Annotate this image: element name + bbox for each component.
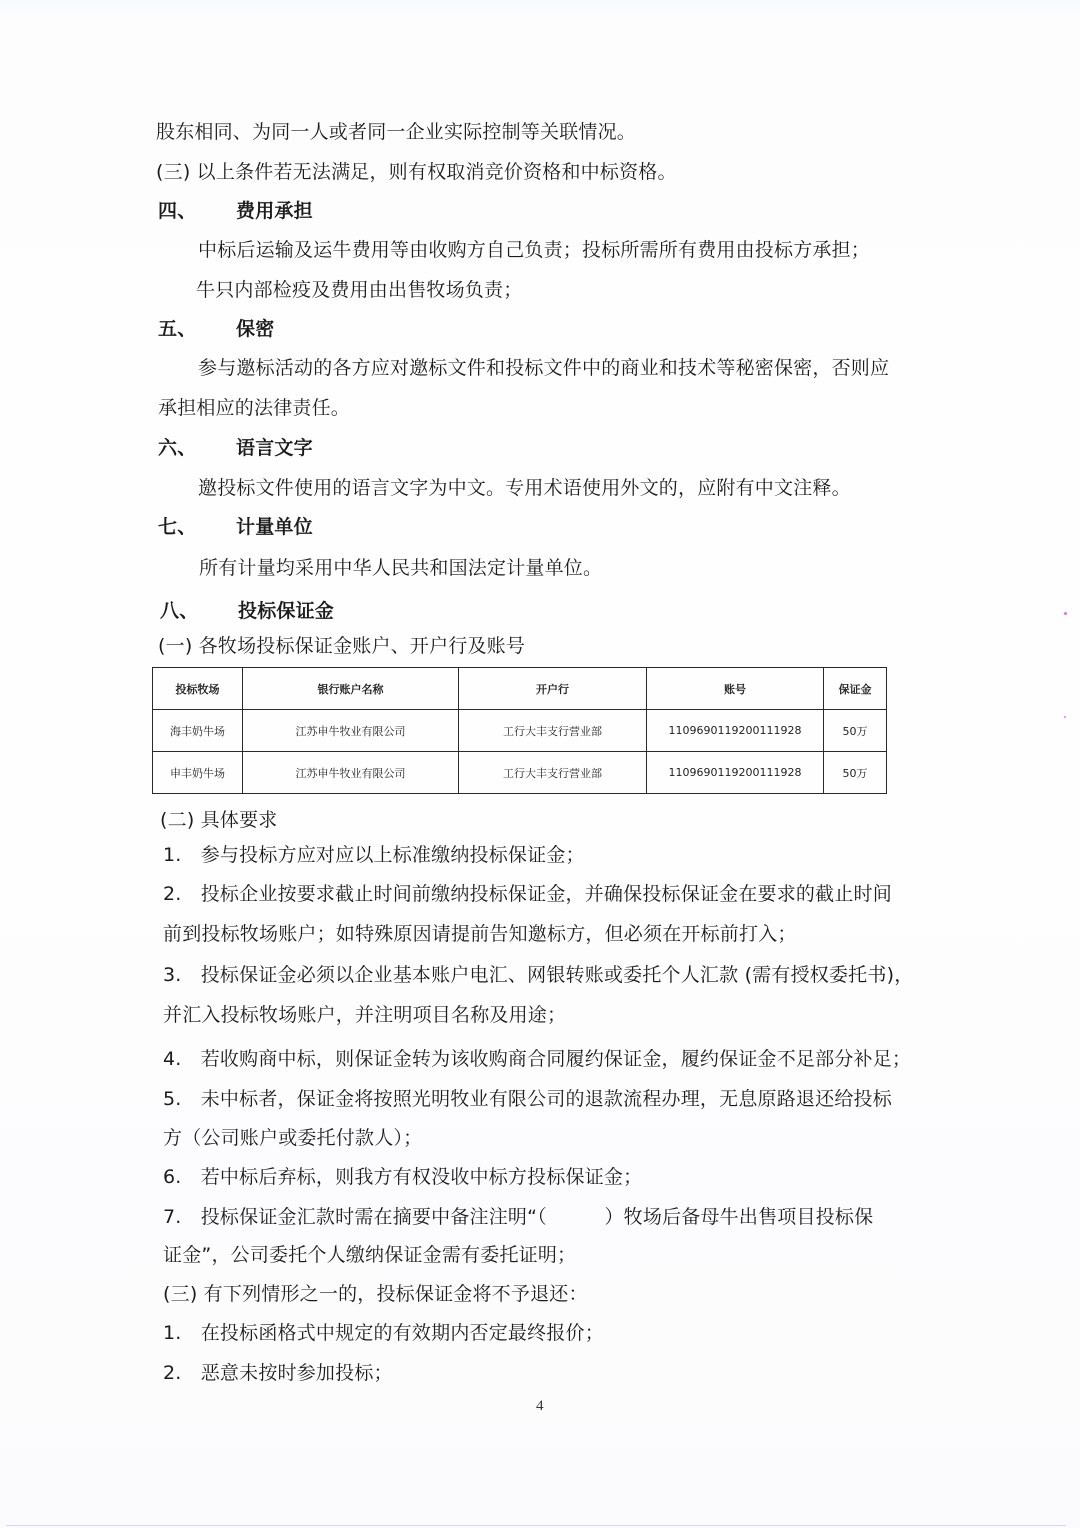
- table-row: 海丰奶牛场 江苏申牛牧业有限公司 工行大丰支行营业部 1109690119200…: [153, 710, 887, 752]
- table-cell: 1109690119200111928: [647, 752, 824, 794]
- section-heading-4: 四、费用承担: [158, 199, 313, 223]
- paragraph-line: 股东相同、为同一人或者同一企业实际控制等关联情况。: [156, 120, 636, 144]
- list-item: 6. 若中标后弃标，则我方有权没收中标方投标保证金；: [163, 1165, 642, 1189]
- table-cell: 50万: [824, 752, 887, 794]
- list-item: 3. 投标保证金必须以企业基本账户电汇、网银转账或委托个人汇款 (需有授权委托书…: [163, 963, 913, 987]
- section-title: 保密: [236, 318, 274, 340]
- list-item: 4. 若收购商中标，则保证金转为该收购商合同履约保证金，履约保证金不足部分补足；: [163, 1047, 911, 1071]
- table-cell: 50万: [824, 710, 887, 752]
- column-header: 投标牧场: [153, 668, 243, 710]
- column-header: 开户行: [459, 668, 647, 710]
- paragraph-line: 承担相应的法律责任。: [158, 396, 350, 420]
- paragraph-line: 邀投标文件使用的语言文字为中文。专用术语使用外文的，应附有中文注释。: [198, 476, 851, 500]
- page-number: 4: [536, 1398, 544, 1415]
- list-item: 2. 恶意未按时参加投标；: [163, 1361, 393, 1385]
- table-cell: 工行大丰支行营业部: [459, 710, 647, 752]
- section-title: 投标保证金: [238, 600, 334, 622]
- list-item: 7. 投标保证金汇款时需在摘要中备注注明“（ ）牧场后备母牛出售项目投标保: [163, 1205, 873, 1229]
- list-item-continuation: 证金”，公司委托个人缴纳保证金需有委托证明；: [163, 1243, 576, 1267]
- table-cell: 江苏申牛牧业有限公司: [243, 710, 459, 752]
- section-number: 五、: [158, 317, 236, 341]
- table-cell: 海丰奶牛场: [153, 710, 243, 752]
- column-header: 银行账户名称: [243, 668, 459, 710]
- section-title: 计量单位: [236, 516, 313, 538]
- section-number: 八、: [160, 599, 238, 623]
- paragraph-line: 中标后运输及运牛费用等由收购方自己负责；投标所需所有费用由投标方承担；: [198, 238, 870, 262]
- section-number: 四、: [158, 199, 236, 223]
- document-page: 股东相同、为同一人或者同一企业实际控制等关联情况。 (三) 以上条件若无法满足，…: [0, 0, 1080, 1528]
- section-heading-7: 七、计量单位: [158, 515, 313, 539]
- list-item: 5. 未中标者，保证金将按照光明牧业有限公司的退款流程办理，无息原路退还给投标: [163, 1087, 892, 1111]
- paragraph-line: 所有计量均采用中华人民共和国法定计量单位。: [199, 556, 602, 580]
- section-heading-6: 六、语言文字: [158, 436, 313, 460]
- list-item-continuation: 并汇入投标牧场账户，并注明项目名称及用途；: [163, 1003, 566, 1027]
- list-item: 1. 在投标函格式中规定的有效期内否定最终报价；: [163, 1321, 604, 1345]
- paragraph-line: 参与邀标活动的各方应对邀标文件和投标文件中的商业和技术等秘密保密，否则应: [198, 356, 889, 380]
- scan-artifact: [1064, 612, 1067, 615]
- list-item: 2. 投标企业按要求截止时间前缴纳投标保证金，并确保投标保证金在要求的截止时间: [163, 882, 892, 906]
- table-cell: 江苏申牛牧业有限公司: [243, 752, 459, 794]
- list-item-continuation: 前到投标牧场账户；如特殊原因请提前告知邀标方，但必须在开标前打入；: [163, 922, 797, 946]
- table-cell: 工行大丰支行营业部: [459, 752, 647, 794]
- subsection-heading: (二) 具体要求: [160, 808, 277, 832]
- subsection-heading: (三) 有下列情形之一的，投标保证金将不予退还：: [163, 1282, 588, 1306]
- section-heading-5: 五、保密: [158, 317, 274, 341]
- section-number: 六、: [158, 436, 236, 460]
- paragraph-line: (三) 以上条件若无法满足，则有权取消竞价资格和中标资格。: [156, 160, 677, 184]
- table-cell: 1109690119200111928: [647, 710, 824, 752]
- scan-artifact: [1064, 716, 1066, 718]
- table-header-row: 投标牧场 银行账户名称 开户行 账号 保证金: [153, 668, 887, 710]
- column-header: 保证金: [824, 668, 887, 710]
- page-edge: [6, 1525, 1066, 1526]
- list-item: 1. 参与投标方应对应以上标准缴纳投标保证金；: [163, 843, 585, 867]
- section-number: 七、: [158, 515, 236, 539]
- column-header: 账号: [647, 668, 824, 710]
- deposit-account-table: 投标牧场 银行账户名称 开户行 账号 保证金 海丰奶牛场 江苏申牛牧业有限公司 …: [152, 667, 887, 794]
- list-item-continuation: 方（公司账户或委托付款人）；: [163, 1126, 422, 1150]
- subsection-heading: (一) 各牧场投标保证金账户、开户行及账号: [158, 634, 525, 658]
- table-row: 申丰奶牛场 江苏申牛牧业有限公司 工行大丰支行营业部 1109690119200…: [153, 752, 887, 794]
- section-heading-8: 八、投标保证金: [160, 599, 334, 623]
- table-cell: 申丰奶牛场: [153, 752, 243, 794]
- section-title: 语言文字: [236, 437, 313, 459]
- paragraph-line: 牛只内部检疫及费用由出售牧场负责；: [196, 278, 522, 302]
- section-title: 费用承担: [236, 200, 313, 222]
